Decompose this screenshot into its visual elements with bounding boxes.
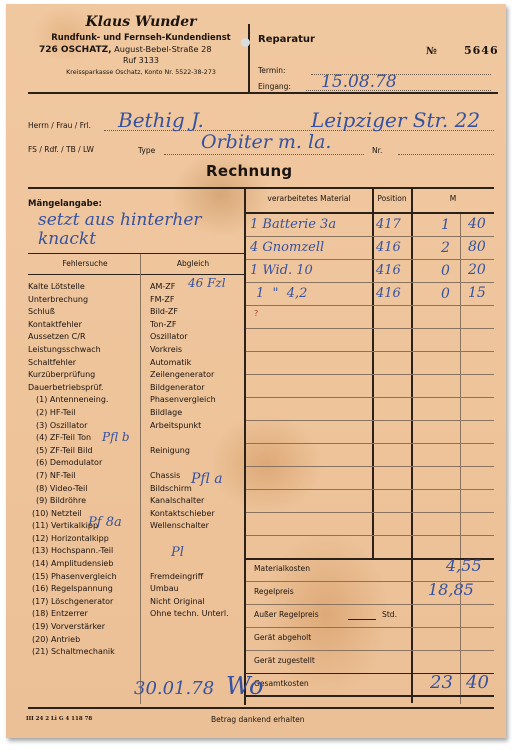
checklist-item: (14) Amplitudensieb	[32, 558, 140, 571]
material-position: 416	[376, 240, 401, 255]
material-name: 1 Wid. 10	[250, 263, 313, 278]
device-nr-label: Nr.	[372, 146, 382, 155]
payment-date: 30.01.78	[134, 678, 214, 699]
materialkosten-value: 4,55	[446, 556, 482, 575]
checklist-item: (1) Antenneneing.	[36, 394, 140, 407]
header-rule	[28, 92, 498, 94]
note-netzteil: Pf 8a	[88, 515, 122, 530]
customer-name: Bethig J.	[118, 108, 204, 132]
checklist-item: Nicht Original	[150, 596, 244, 609]
company-street: August-Bebel-Straße 28	[114, 44, 211, 54]
header-divider	[248, 24, 250, 94]
note-zf-ton: Pfl b	[102, 430, 130, 444]
checklist-item: Unterbrechung	[28, 294, 140, 307]
table-top-rule	[28, 187, 494, 189]
std-label: Std.	[382, 610, 397, 619]
defects-label: Mängelangabe:	[28, 199, 102, 209]
device-label: FS / Rdf. / TB / LW	[28, 145, 94, 154]
material-position: 416	[376, 286, 401, 301]
checklist-item: Leistungsschwach	[28, 344, 140, 357]
number-label: №	[426, 46, 437, 57]
customer-address: Leipziger Str. 22	[311, 108, 480, 132]
checklist-item: Bild-ZF	[150, 306, 244, 319]
checklist-item: Aussetzen C/R	[28, 331, 140, 344]
material-mark: 0	[441, 263, 450, 279]
note-am-zf: 46 Fzl	[188, 276, 226, 290]
company-header: Klaus Wunder Rundfunk- und Fernseh-Kunde…	[36, 14, 246, 76]
checklist-item: Kurzüberprüfung	[28, 369, 140, 382]
checklist-item: Oszillator	[150, 331, 244, 344]
note-row13: Pl	[171, 545, 184, 560]
company-address: 726 OSCHATZ, August-Bebel-Straße 28	[36, 44, 246, 55]
type-label: Type	[138, 146, 155, 155]
checklist-item: Ohne techn. Unterl.	[150, 608, 244, 621]
payment-received-note: Betrag dankend erhalten	[211, 715, 305, 724]
footer-rule	[28, 707, 494, 709]
checklist-item: Schaltfehler	[28, 357, 140, 370]
material-mark: 2	[441, 240, 450, 256]
material-pfennig: 20	[468, 262, 486, 278]
material-mark: 0	[441, 286, 450, 302]
company-phone: Ruf 3133	[36, 56, 246, 65]
checklist-item: (19) Vorverstärker	[32, 621, 140, 634]
checklist-item: Schluß	[28, 306, 140, 319]
abgeholt-label: Gerät abgeholt	[254, 633, 311, 642]
ausser-regelpreis-label: Außer Regelpreis	[254, 610, 319, 619]
material-pfennig: 40	[468, 216, 486, 232]
checklist-item: FM-ZF	[150, 294, 244, 307]
checklist-divider	[140, 254, 141, 704]
checklist-item: (13) Hochspann.-Teil	[32, 545, 140, 558]
company-city: 726 OSCHATZ,	[39, 45, 112, 55]
punch-hole	[241, 38, 250, 47]
material-position: 417	[376, 217, 401, 232]
checklist-item: (18) Entzerrer	[32, 608, 140, 621]
invoice-document: Klaus Wunder Rundfunk- und Fernseh-Kunde…	[6, 4, 506, 738]
regelpreis-value: 18,85	[428, 580, 474, 599]
material-mark: 1	[441, 217, 450, 233]
checklist-item: (5) ZF-Teil Bild	[36, 445, 140, 458]
gesamtkosten-mark: 23	[430, 672, 453, 693]
note-chassis: Pfl a	[191, 471, 223, 487]
checklist-item: (20) Antrieb	[32, 634, 140, 647]
checklist-item: (16) Regelspannung	[32, 583, 140, 596]
checklist-item: (8) Video-Teil	[36, 483, 140, 496]
material-note: ?	[254, 309, 258, 318]
checklist-item: Zeilengenerator	[150, 369, 244, 382]
termin-label: Termin:	[258, 66, 286, 75]
company-bank: Kreissparkasse Oschatz, Konto Nr. 5522-3…	[36, 69, 246, 76]
checklist-item: Dauerbetriebsprüf.	[28, 382, 140, 395]
checklist-header-bottom	[28, 274, 244, 275]
gesamtkosten-pfennig: 40	[466, 672, 489, 693]
company-subtitle: Rundfunk- und Fernseh-Kundendienst	[36, 32, 246, 42]
checklist-item: Kontaktfehler	[28, 319, 140, 332]
checklist-item: Arbeitspunkt	[150, 420, 244, 433]
checklist-header-top	[28, 253, 244, 254]
checklist-item: Automatik	[150, 357, 244, 370]
abgleich-header: Abgleich	[142, 259, 244, 268]
company-name: Klaus Wunder	[36, 14, 246, 30]
material-pfennig: 80	[468, 239, 486, 255]
checklist-item: Fremdeingriff	[150, 571, 244, 584]
defects-line-1: setzt aus hinterher	[38, 210, 202, 230]
checklist-item: (12) Horizontalkipp	[32, 533, 140, 546]
material-position: 416	[376, 263, 401, 278]
checklist-item: Kanalschalter	[150, 495, 244, 508]
form-code: III 24 2 Li G 4 118 78	[26, 716, 92, 722]
checklist-item: Umbau	[150, 583, 244, 596]
checklist-item: Kontaktschieber	[150, 508, 244, 521]
checklist-item: (21) Schaltmechanik	[32, 646, 140, 659]
regelpreis-label: Regelpreis	[254, 587, 294, 596]
checklist-item: Bildlage	[150, 407, 244, 420]
materialkosten-label: Materialkosten	[254, 564, 310, 573]
device-type: Orbiter m. la.	[201, 131, 331, 153]
checklist-item: (11) Vertikalkipp	[32, 520, 140, 533]
invoice-number: 5646	[464, 44, 499, 57]
fehlersuche-header: Fehlersuche	[28, 259, 142, 268]
fehlersuche-list: Kalte Lötstelle Unterbrechung Schluß Kon…	[28, 281, 140, 659]
zugestellt-label: Gerät zugestellt	[254, 656, 315, 665]
checklist-item: Kalte Lötstelle	[28, 281, 140, 294]
material-pfennig: 15	[468, 285, 486, 301]
checklist-item: Reinigung	[150, 445, 244, 458]
invoice-title: Rechnung	[206, 162, 292, 180]
checklist-item: (7) NF-Teil	[36, 470, 140, 483]
abgleich-list: AM-ZF FM-ZF Bild-ZF Ton-ZF Oszillator Vo…	[150, 281, 244, 621]
checklist-item: (17) Löschgenerator	[32, 596, 140, 609]
amount-column-header: M	[412, 194, 494, 203]
checklist-item: Ton-ZF	[150, 319, 244, 332]
checklist-item: (2) HF-Teil	[36, 407, 140, 420]
checklist-item: Vorkreis	[150, 344, 244, 357]
checklist-item: (9) Bildröhre	[36, 495, 140, 508]
material-name: 1 Batterie 3a	[250, 217, 336, 232]
checklist-item: (10) Netzteil	[32, 508, 140, 521]
customer-name-label: Herrn / Frau / Frl.	[28, 121, 91, 130]
type-line	[164, 154, 364, 155]
device-nr-line	[398, 154, 494, 155]
checklist-item: Bildgenerator	[150, 382, 244, 395]
checklist-item: (15) Phasenvergleich	[32, 571, 140, 584]
eingang-date: 15.08.78	[321, 72, 397, 92]
eingang-label: Eingang:	[258, 82, 291, 91]
signature: Wo	[226, 672, 264, 700]
position-column-header: Position	[373, 194, 411, 203]
defects-line-2: knackt	[38, 229, 96, 249]
material-column-header: verarbeitetes Material	[246, 194, 372, 203]
checklist-item: Phasenvergleich	[150, 394, 244, 407]
material-name: 4 Gnomzell	[250, 240, 324, 255]
checklist-item: Wellenschalter	[150, 520, 244, 533]
repair-title: Reparatur	[258, 34, 315, 45]
checklist-item: (6) Demodulator	[36, 457, 140, 470]
hours-field	[348, 619, 376, 620]
material-name: 1 " 4,2	[256, 286, 307, 301]
